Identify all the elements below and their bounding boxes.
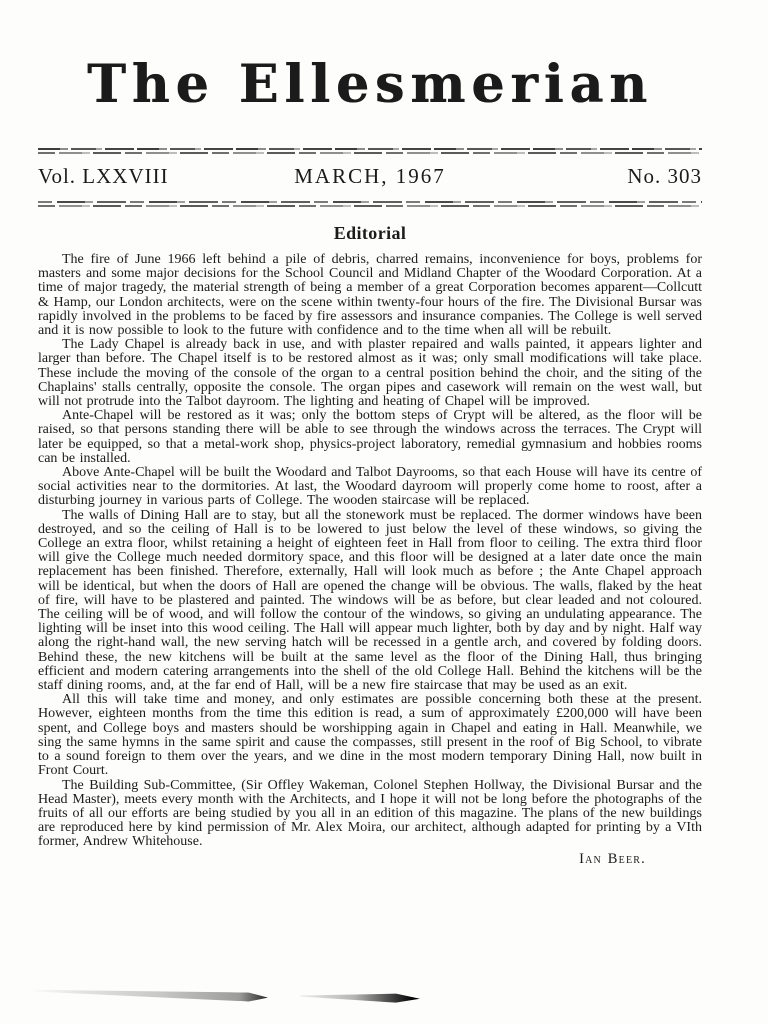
editorial-paragraph: The Building Sub-Committee, (Sir Offley … <box>38 779 702 850</box>
editorial-paragraph: All this will take time and money, and o… <box>38 693 702 778</box>
rule-line <box>38 148 702 150</box>
editorial-paragraph: The Lady Chapel is already back in use, … <box>38 338 702 409</box>
double-rule-bottom <box>38 201 702 207</box>
rule-line <box>38 205 702 207</box>
rule-line <box>38 201 702 203</box>
issue-number: No. 303 <box>446 164 702 189</box>
editorial-paragraph: Above Ante-Chapel will be built the Wood… <box>38 466 702 509</box>
issue-info-row: Vol. LXXVIII MARCH, 1967 No. 303 <box>38 164 702 189</box>
rule-line <box>38 152 702 154</box>
editorial-paragraph: The fire of June 1966 left behind a pile… <box>38 253 702 338</box>
page-content: The Ellesmerian Vol. LXXVIII MARCH, 1967… <box>38 0 702 866</box>
author-signature: Ian Beer. <box>38 852 702 866</box>
volume-label: Vol. LXXVIII <box>38 164 294 189</box>
scanned-magazine-page: The Ellesmerian Vol. LXXVIII MARCH, 1967… <box>0 0 768 1024</box>
issue-date: MARCH, 1967 <box>294 164 446 189</box>
scan-smudge-artifact-right <box>300 991 420 1004</box>
editorial-paragraph: The walls of Dining Hall are to stay, bu… <box>38 509 702 694</box>
double-rule-top <box>38 148 702 154</box>
editorial-paragraph: Ante-Chapel will be restored as it was; … <box>38 409 702 466</box>
editorial-heading: Editorial <box>38 223 702 244</box>
scan-smudge-artifact-left <box>28 986 268 1002</box>
masthead-title: The Ellesmerian <box>38 56 702 113</box>
editorial-body: The fire of June 1966 left behind a pile… <box>38 253 702 866</box>
